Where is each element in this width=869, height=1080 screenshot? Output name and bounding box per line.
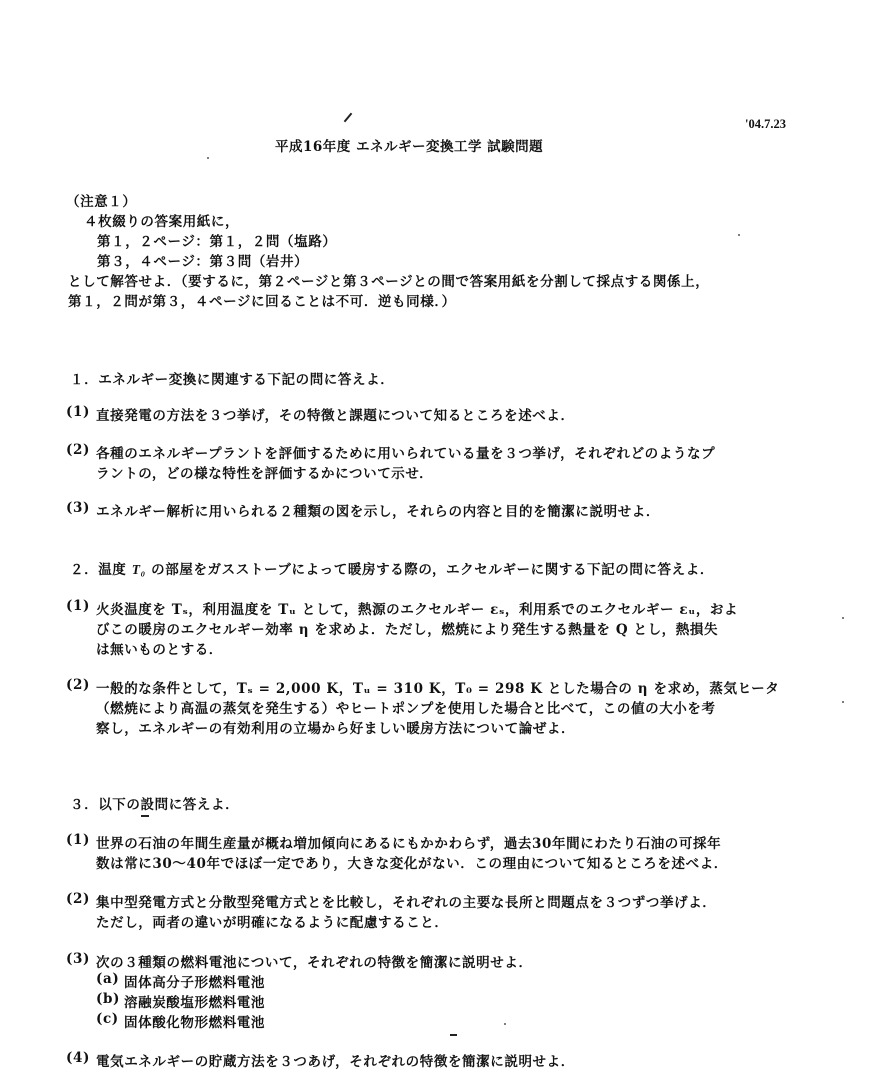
item-text: エネルギー解析に用いられる２種類の図を示し，それらの内容と目的を簡潔に説明せよ．: [96, 500, 660, 520]
scan-speck: [504, 1023, 506, 1025]
item-text: （燃焼により高温の蒸気を発生する）やヒートポンプを使用した場合と比べて，この値の…: [96, 697, 716, 717]
item-text: 火炎温度を Tₛ，利用温度を Tᵤ として，熱源のエクセルギー εₛ，利用系での…: [96, 598, 738, 618]
scan-stroke-mark: [141, 815, 149, 817]
item-text: 世界の石油の年間生産量が概ね増加傾向にあるにもかかわらず，過去30年間にわたり石…: [96, 832, 721, 852]
exam-title: 平成16年度 エネルギー変換工学 試験問題: [275, 135, 543, 155]
notice-line: ４枚綴りの答案用紙に，: [84, 210, 239, 230]
heading-suffix: の部屋をガスストーブによって暖房する際の，エクセルギーに関する下記の問に答えよ．: [146, 562, 714, 578]
item-text: 察し，エネルギーの有効利用の立場から好ましい暖房方法について論ぜよ．: [96, 717, 575, 737]
notice-line: 第１，２ページ：第１，２問（塩路）: [97, 230, 336, 250]
subitem-label: (a): [96, 971, 119, 987]
item-text: 集中型発電方式と分散型発電方式とを比較し，それぞれの主要な長所と問題点を３つずつ…: [96, 891, 716, 911]
scan-speck: [842, 701, 844, 703]
subitem-text: 固体高分子形燃料電池: [124, 971, 265, 991]
scan-speck: [842, 617, 844, 619]
subitem-label: (b): [96, 991, 120, 1007]
scan-speck: [738, 234, 740, 236]
heading-prefix: ２．温度: [70, 562, 132, 578]
item-text: 各種のエネルギープラントを評価するために用いられている量を３つ挙げ，それぞれどの…: [96, 442, 715, 462]
item-label: (1): [66, 404, 90, 420]
scan-speck: [207, 157, 209, 159]
item-label: (1): [66, 832, 90, 848]
notice-line: として解答せよ．（要するに，第２ページと第３ページとの間で答案用紙を分割して採点…: [68, 270, 709, 290]
item-label: (2): [66, 442, 90, 458]
item-text: 電気エネルギーの貯蔵方法を３つあげ，それぞれの特徴を簡潔に説明せよ．: [96, 1050, 575, 1070]
item-text: ただし，両者の違いが明確になるように配慮すること．: [96, 911, 449, 931]
scan-stroke-mark: [344, 113, 353, 123]
subitem-label: (c): [96, 1011, 119, 1027]
item-text: は無いものとする．: [96, 638, 223, 658]
item-text: 直接発電の方法を３つ挙げ，その特徴と課題について知るところを述べよ．: [96, 404, 575, 424]
subitem-text: 溶融炭酸塩形燃料電池: [124, 991, 265, 1011]
item-text: 数は常に30〜40年でほぼ一定であり，大きな変化がない．この理由について知るとこ…: [96, 852, 728, 872]
item-text: 次の３種類の燃料電池について，それぞれの特徴を簡潔に説明せよ．: [96, 951, 533, 971]
question-heading: １．エネルギー変換に関連する下記の問に答えよ．: [70, 368, 394, 388]
notice-heading: （注意１）: [66, 190, 137, 210]
question-heading: ２．温度 T₀ の部屋をガスストーブによって暖房する際の，エクセルギーに関する下…: [70, 558, 714, 578]
item-text: びこの暖房のエクセルギー効率 η を求めよ．ただし，燃焼により発生する熱量を Q…: [96, 618, 718, 638]
temperature-variable: T₀: [132, 562, 146, 577]
subitem-text: 固体酸化物形燃料電池: [124, 1011, 265, 1031]
item-text: 一般的な条件として，Tₛ = 2,000 K，Tᵤ = 310 K，T₀ = 2…: [96, 677, 779, 697]
notice-line: 第３，４ページ：第３問（岩井）: [97, 250, 308, 270]
exam-date: '04.7.23: [745, 117, 786, 132]
scan-stroke-mark: [450, 1034, 457, 1036]
item-label: (4): [66, 1050, 90, 1066]
question-heading: ３．以下の設問に答えよ．: [70, 793, 239, 813]
item-text: ラントの，どの様な特性を評価するかについて示せ．: [96, 462, 433, 482]
item-label: (2): [66, 677, 90, 693]
item-label: (1): [66, 598, 90, 614]
item-label: (2): [66, 891, 90, 907]
item-label: (3): [66, 500, 90, 516]
item-label: (3): [66, 951, 90, 967]
notice-line: 第１，２問が第３，４ページに回ることは不可．逆も同様．）: [68, 290, 456, 310]
